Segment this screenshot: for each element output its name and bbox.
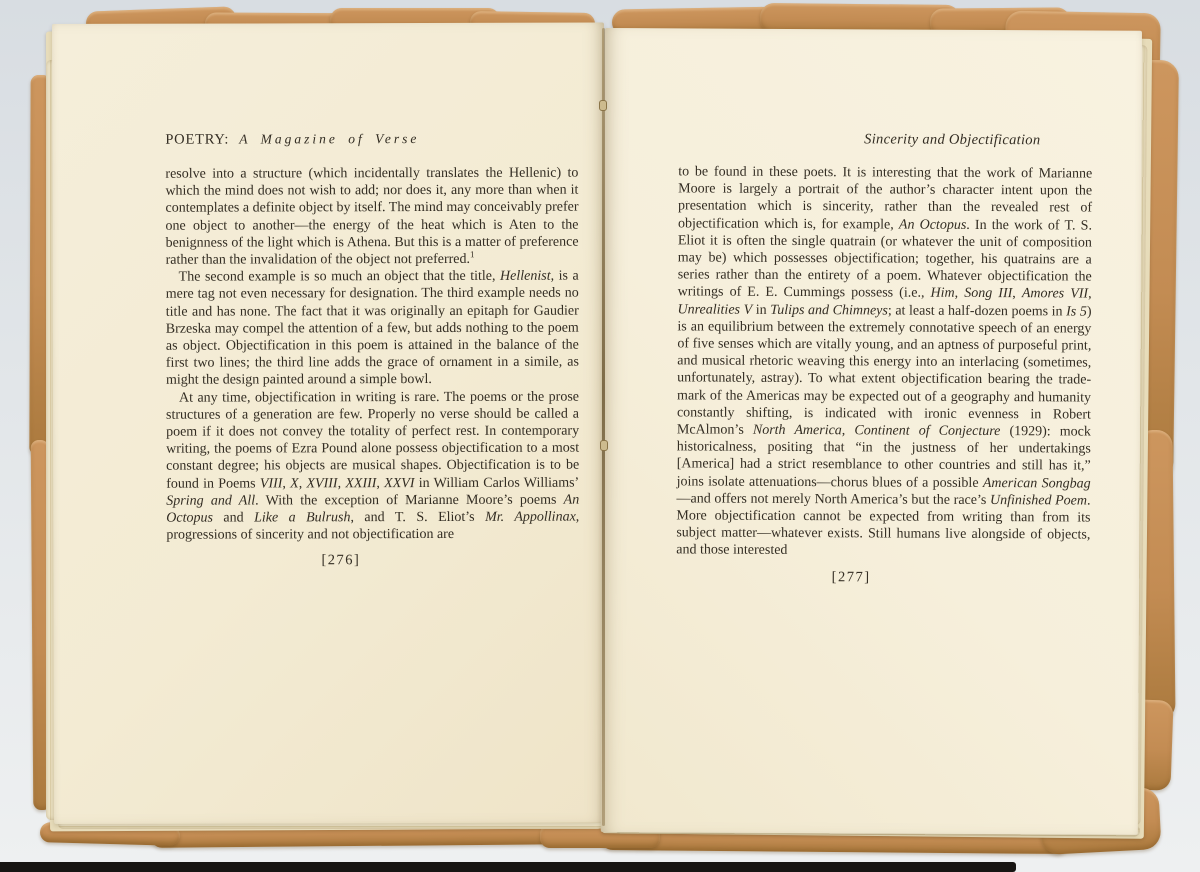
journal-title: POETRY: xyxy=(165,132,229,149)
left-page-body-text: resolve into a structure (which incident… xyxy=(165,165,579,545)
binding-stitch-middle xyxy=(600,440,608,451)
paragraph: resolve into a structure (which incident… xyxy=(165,165,578,269)
paragraph: to be found in these poets. It is intere… xyxy=(676,163,1092,561)
page-number-right: [277] xyxy=(676,568,1026,587)
right-page-body-text: to be found in these poets. It is intere… xyxy=(676,163,1092,561)
left-page-text-column: POETRY: A Magazine of Verse resolve into… xyxy=(165,131,579,571)
right-page: Sincerity and Objectification to be foun… xyxy=(601,28,1142,835)
page-number-left: [276] xyxy=(166,552,515,570)
running-head-left: POETRY: A Magazine of Verse xyxy=(165,131,578,150)
running-head-right: Sincerity and Objectification xyxy=(678,130,1092,150)
gutter-fold xyxy=(602,28,605,826)
paragraph: The second example is so much an object … xyxy=(166,268,579,390)
left-page: POETRY: A Magazine of Verse resolve into… xyxy=(52,23,606,824)
journal-subtitle: A Magazine of Verse xyxy=(239,131,419,147)
scanner-background: POETRY: A Magazine of Verse resolve into… xyxy=(0,0,1200,872)
paragraph: At any time, objectification in writing … xyxy=(166,388,579,544)
right-page-text-column: Sincerity and Objectification to be foun… xyxy=(676,130,1092,587)
binding-stitch-top xyxy=(599,100,607,111)
scan-edge-strip xyxy=(0,862,1016,872)
